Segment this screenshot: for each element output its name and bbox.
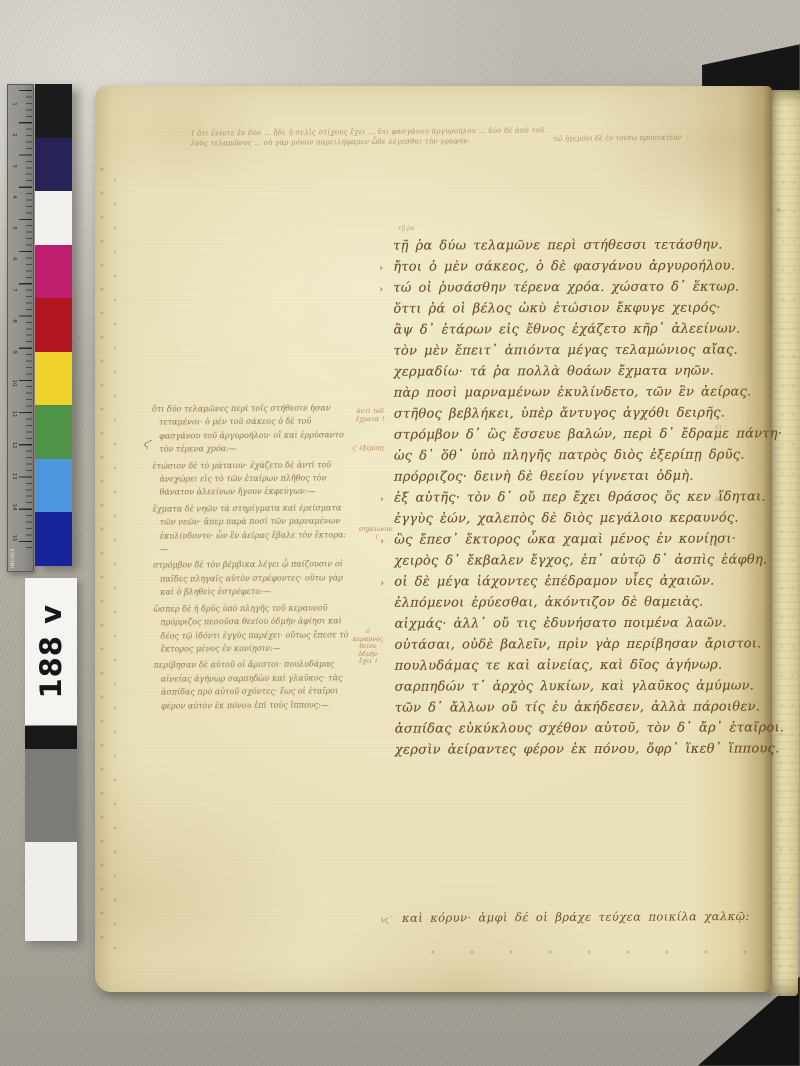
verse-text: τῶν δ᾽ ἄλλων οὔ τίς ἑυ ἀκήδεσεν, ἀλλὰ πά… [395,699,760,715]
diple-mark: › [379,285,393,295]
verse-line: ὡς δ᾽ ὅθ᾽ ὑπὸ πληγῆς πατρὸς διὸς ἐξερίπῃ… [380,447,783,469]
gray-scale-patches [25,726,77,941]
verse-text: τώ οἱ ῥυσάσθην τέρενα χρόα. χώσατο δ᾽ ἕκ… [393,279,739,295]
verse-text: τὸν μὲν ἔπειτ᾽ ἀπιόντα μέγας τελαμώνιος … [393,342,737,358]
top-margin-annotation: † ὅτι ἐνίοτε ἐν δύο … ἥδε ἡ σελὶς στίχου… [191,125,563,148]
ruler-number: 8 [11,316,17,326]
scholion-paragraph: ὥσπερ δὲ ἡ δρῦς ὑπὸ πληγῆς τοῦ κεραυνοῦ … [153,601,353,656]
pricking-holes-bottom-margin [428,948,748,958]
ruler-number: 4 [11,192,17,202]
verse-text: οὐτάσαι, οὐδὲ βαλεῖν, πρὶν γὰρ περίβησαν… [394,636,761,652]
manuscript-photograph: † ὅτι ἐνίοτε ἐν δύο … ἥδε ἡ σελὶς στίχου… [0,0,800,1066]
diple-mark: › [380,579,394,589]
verse-text: ἐγγὺς ἐών, χαλεπὸς δὲ διὸς μεγάλοιο κερα… [394,510,739,526]
verse-text: πὰρ ποσὶ μαρναμένων ἐκυλίνδετο, τῶν ἓν ἀ… [394,384,752,400]
verse-line: οὐτάσαι, οὐδὲ βαλεῖν, πρὶν γὰρ περίβησαν… [380,636,783,658]
diple-mark: › [380,537,394,547]
verse-line: ἐγγὺς ἐών, χαλεπὸς δὲ διὸς μεγάλοιο κερα… [380,510,783,532]
verse-text: πουλυδάμας τε καὶ αἰνείας, καὶ δῖος ἀγήν… [395,658,723,674]
scholia-block: ὅτι δύο τελαμῶνες περὶ τοῖς στήθεσιν ἦσα… [152,401,354,715]
right-margin-note: ἅπ· [715,496,755,503]
verse-text: ἂψ δ᾽ ἑτάρων εἰς ἔθνος ἐχάζετο κῆρ᾽ ἀλεε… [393,321,740,337]
ruler-unit-label: INCHES [11,548,16,568]
verse-line: χερμαδίω· τά ῥα πολλὰ θοάων ἔχματα νηῶν. [380,363,783,385]
scholion-paragraph: ὅτι δύο τελαμῶνες περὶ τοῖς στήθεσιν ἦσα… [152,401,352,456]
verse-text: ὅττι ῥά οἱ βέλος ὠκὺ ἐτώσιον ἔκφυγε χειρ… [393,301,720,317]
verse-text: χειρὸς δ᾽ ἔκβαλεν ἔγχος, ἐπ᾽ αὐτῷ δ᾽ ἀσπ… [394,552,767,568]
manuscript-page-188v: † ὅτι ἐνίοτε ἐν δύο … ἥδε ἡ σελὶς στίχου… [95,86,772,992]
verse-text: χερμαδίω· τά ῥα πολλὰ θοάων ἔχματα νηῶν. [394,364,715,380]
foot-verse-siglum: ιϛ´ [381,915,393,924]
verse-line: σαρπηδών τ᾽ ἀρχὸς λυκίων, καὶ γλαῦκος ἀμ… [381,678,784,700]
interlinear-gloss: τῇ ῥα [398,225,414,232]
verse-line: πουλυδάμας τε καὶ αἰνείας, καὶ δῖος ἀγήν… [381,657,784,679]
ruler-number: 10 [11,378,17,388]
verse-text: ἐξ αὐτῆς· τὸν δ᾽ οὔ περ ἔχει θράσος ὅς κ… [394,489,766,505]
ruler-number: 9 [11,347,17,357]
verse-line: πρόρριζος· δεινὴ δὲ θεείου γίγνεται ὀδμὴ… [380,468,783,490]
verse-line: ἀσπίδας εὐκύκλους σχέθον αὐτοῦ, τὸν δ᾽ ἄ… [381,720,784,742]
color-chip [35,138,72,192]
verse-line: ›οἱ δὲ μέγα ἰάχοντες ἐπέδραμον υἷες ἀχαι… [380,573,783,595]
verse-text: στῆθος βεβλήκει, ὑπὲρ ἄντυγος ἀγχόθι δει… [394,405,725,421]
quire-siglum: ϛ″ [144,440,152,450]
ruler-number: 14 [11,502,17,512]
folio-number-text: 188 v [34,604,68,699]
gray-scale-patch [25,726,77,749]
right-margin-note: πτ⁘ [715,424,755,431]
verse-line: τῇ ῥα δύω τελαμῶνε περὶ στήθεσσι τετάσθη… [379,237,782,259]
color-chip [35,84,72,138]
verse-line: τὸν μὲν ἔπειτ᾽ ἀπιόντα μέγας τελαμώνιος … [379,342,782,364]
color-chip [35,352,72,406]
verse-text: σαρπηδών τ᾽ ἀρχὸς λυκίων, καὶ γλαῦκος ἀμ… [395,678,755,694]
top-margin-annotation-right: τῶ ἡγεμόνι δὲ ἐν τούτῳ προσεκτέον ⁘ [553,133,753,143]
ruler-number: 13 [11,471,17,481]
ruler-number: 15 [11,533,17,543]
ruler-numbers: 1 2 3 4 5 6 7 8 9 10 11 12 [9,101,19,541]
pricking-holes-left-margin [98,164,123,954]
scholion-paragraph: περίβησαν δὲ αὐτοῦ οἱ ἄριστοι· πουλυδάμα… [154,658,354,713]
ruler-number: 6 [11,254,17,264]
scholion-paragraph: ἔχματα δὲ νηῶν τὰ στηρίγματα καὶ ἐρείσμα… [153,501,353,556]
verse-text: ἀσπίδας εὐκύκλους σχέθον αὐτοῦ, τὸν δ᾽ ἄ… [395,720,784,736]
diple-mark: › [379,264,393,274]
verse-text: τῇ ῥα δύω τελαμῶνε περὶ στήθεσσι τετάσθη… [393,238,723,254]
verse-text: ὣς ἔπεσ᾽ ἕκτορος ὦκα χαμαὶ μένος ἐν κονί… [394,531,736,547]
verse-line: αἰχμάς· ἀλλ᾽ οὔ τις ἐδυνήσατο ποιμένα λα… [380,615,783,637]
verse-line: χειρὸς δ᾽ ἔκβαλεν ἔγχος, ἐπ᾽ αὐτῷ δ᾽ ἀσπ… [380,552,783,574]
color-chip [35,459,72,513]
color-chip [35,512,72,566]
color-calibration-bar [35,84,72,566]
verse-line: ἂψ δ᾽ ἑτάρων εἰς ἔθνος ἐχάζετο κῆρ᾽ ἀλεε… [379,321,782,343]
ruler-number: 12 [11,440,17,450]
verse-text: αἰχμάς· ἀλλ᾽ οὔ τις ἐδυνήσατο ποιμένα λα… [394,615,726,631]
ruler-number: 2 [11,130,17,140]
ruler-number: 11 [11,409,17,419]
ruler-number: 5 [11,223,17,233]
verse-line: πὰρ ποσὶ μαρναμένων ἐκυλίνδετο, τῶν ἓν ἀ… [380,384,783,406]
calibration-ruler: 1 2 3 4 5 6 7 8 9 10 11 12 [7,84,34,572]
color-chip [35,245,72,299]
scholion-paragraph: στρόμβον δὲ τὸν βέμβικα λέγει ᾧ παίζουσι… [153,558,353,600]
ruler-number: 1 [11,99,17,109]
verse-text: ἐλπόμενοι ἐρύεσθαι, ἀκόντιζον δὲ θαμειὰς… [394,595,703,611]
verse-line: ἐλπόμενοι ἐρύεσθαι, ἀκόντιζον δὲ θαμειὰς… [380,594,783,616]
gray-scale-patch [25,842,77,941]
right-margin-note: σ⁘ [715,542,755,549]
ruler-number: 3 [11,161,17,171]
verse-text: χερσὶν ἀείραντες φέρον ἐκ πόνου, ὄφρ᾽ ἵκ… [395,741,780,757]
color-chip [35,298,72,352]
verse-line: ›τώ οἱ ῥυσάσθην τέρενα χρόα. χώσατο δ᾽ ἕ… [379,279,782,301]
verse-line: χερσὶν ἀείραντες φέρον ἐκ πόνου, ὄφρ᾽ ἵκ… [381,741,784,763]
folio-number-label: 188 v [25,578,77,725]
verse-text: πρόρριζος· δεινὴ δὲ θεείου γίγνεται ὀδμὴ… [394,469,694,485]
color-chip [35,405,72,459]
verse-text: οἱ δὲ μέγα ἰάχοντες ἐπέδραμον υἷες ἀχαιῶ… [394,574,714,590]
color-chip [35,191,72,245]
foot-supplied-verse: ιϛ´καὶ κόρυν· ἀμφὶ δέ οἱ βράχε τεύχεα πο… [381,909,750,925]
ruler-number: 7 [11,285,17,295]
scholion-paragraph: ἐτώσιον δὲ τὸ μάταιον· ἐχάζετο δὲ ἀντὶ τ… [152,458,352,500]
verse-line: τῶν δ᾽ ἄλλων οὔ τίς ἑυ ἀκήδεσεν, ἀλλὰ πά… [381,699,784,721]
verse-line: ›ἤτοι ὁ μὲν σάκεος, ὁ δὲ φασγάνου ἀργυρο… [379,258,782,280]
diple-mark: › [380,495,394,505]
verse-line: ὅττι ῥά οἱ βέλος ὠκὺ ἐτώσιον ἔκφυγε χειρ… [379,300,782,322]
gray-scale-patch [25,749,77,842]
verse-text: ὡς δ᾽ ὅθ᾽ ὑπὸ πληγῆς πατρὸς διὸς ἐξερίπῃ… [394,447,745,463]
foot-verse-text: καὶ κόρυν· ἀμφὶ δέ οἱ βράχε τεύχεα ποικί… [402,909,750,925]
verse-text: ἤτοι ὁ μὲν σάκεος, ὁ δὲ φασγάνου ἀργυροή… [393,258,735,274]
